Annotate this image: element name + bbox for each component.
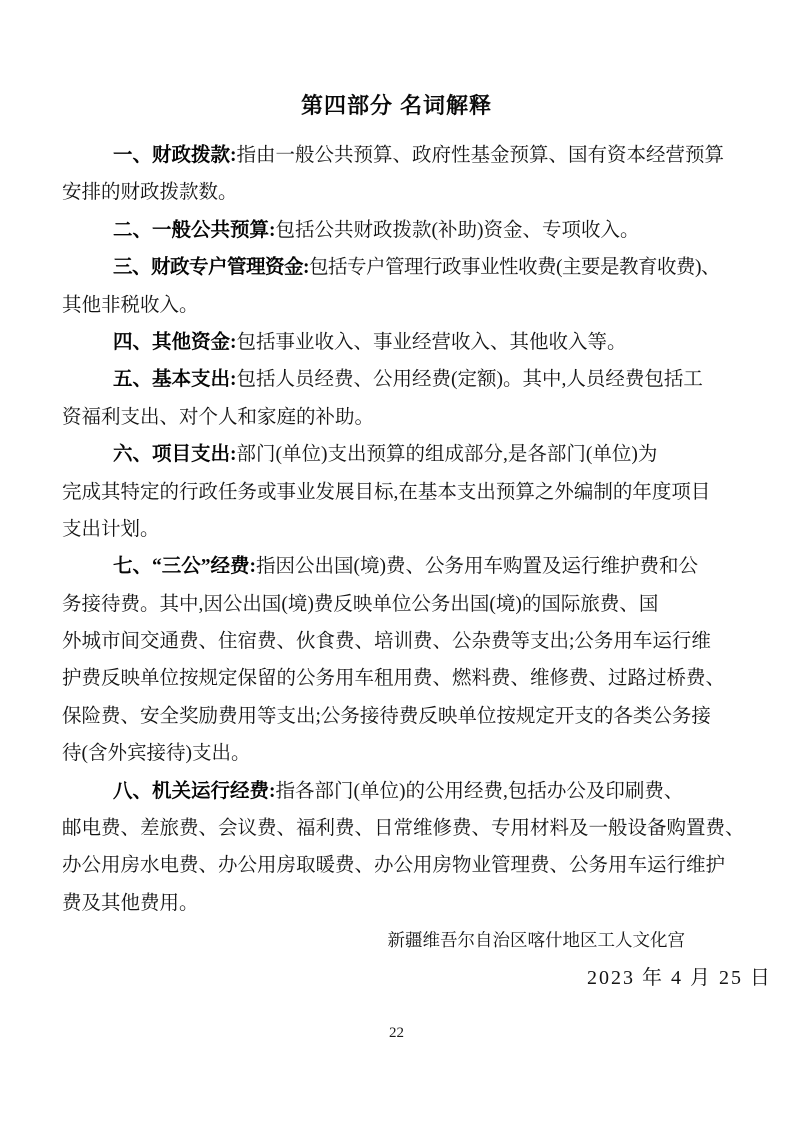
paragraph-text: 指由一般公共预算、政府性基金预算、国有资本经营预算 (237, 145, 725, 166)
paragraph-lead: 八、机关运行经费: (113, 781, 276, 802)
paragraph-lead: 二、一般公共预算: (113, 220, 276, 241)
page-number: 22 (0, 1025, 793, 1042)
paragraph-line: 资福利支出、对个人和家庭的补助。 (62, 399, 700, 436)
paragraph-text: 包括专户管理行政事业性收费(主要是教育收费)、 (309, 257, 720, 278)
paragraph-line: 六、项目支出:部门(单位)支出预算的组成部分,是各部门(单位)为 (62, 436, 700, 473)
paragraph-lead: 五、基本支出: (113, 369, 237, 390)
paragraph-line: 外城市间交通费、住宿费、伙食费、培训费、公杂费等支出;公务用车运行维 (62, 623, 700, 660)
paragraph-lead: 三、财政专户管理资金: (113, 257, 309, 278)
paragraph-lead: 一、财政拨款: (113, 145, 237, 166)
signature-line: 新疆维吾尔自治区喀什地区工人文化宫 (62, 922, 700, 959)
paragraph-line: 邮电费、差旅费、会议费、福利费、日常维修费、专用材料及一般设备购置费、 (62, 810, 700, 847)
paragraph-line: 护费反映单位按规定保留的公务用车租用费、燃料费、维修费、过路过桥费、 (62, 660, 700, 697)
paragraph-line: 务接待费。其中,因公出国(境)费反映单位公务出国(境)的国际旅费、国 (62, 586, 700, 623)
paragraph-line: 三、财政专户管理资金:包括专户管理行政事业性收费(主要是教育收费)、 (62, 249, 700, 286)
document-body: 一、财政拨款:指由一般公共预算、政府性基金预算、国有资本经营预算 安排的财政拨款… (62, 137, 700, 997)
paragraph-text: 指因公出国(境)费、公务用车购置及运行维护费和公 (256, 556, 698, 577)
paragraph-line: 待(含外宾接待)支出。 (62, 735, 700, 772)
paragraph-line: 其他非税收入。 (62, 287, 700, 324)
paragraph-line: 保险费、安全奖励费用等支出;公务接待费反映单位按规定开支的各类公务接 (62, 698, 700, 735)
paragraph-line: 安排的财政拨款数。 (62, 174, 700, 211)
paragraph-text: 部门(单位)支出预算的组成部分,是各部门(单位)为 (237, 444, 658, 465)
date-line: 2023 年 4 月 25 日 (62, 960, 772, 997)
paragraph-lead: 六、项目支出: (113, 444, 237, 465)
paragraph-text: 包括人员经费、公用经费(定额)。其中,人员经费包括工 (237, 369, 703, 390)
paragraph-line: 费及其他费用。 (62, 885, 700, 922)
document-page: 第四部分 名词解释 一、财政拨款:指由一般公共预算、政府性基金预算、国有资本经营… (0, 0, 793, 1122)
paragraph-line: 一、财政拨款:指由一般公共预算、政府性基金预算、国有资本经营预算 (62, 137, 700, 174)
paragraph-line: 四、其他资金:包括事业收入、事业经营收入、其他收入等。 (62, 324, 700, 361)
paragraph-lead: 四、其他资金: (113, 332, 237, 353)
paragraph-line: 八、机关运行经费:指各部门(单位)的公用经费,包括办公及印刷费、 (62, 773, 700, 810)
paragraph-text: 指各部门(单位)的公用经费,包括办公及印刷费、 (276, 781, 684, 802)
paragraph-line: 完成其特定的行政任务或事业发展目标,在基本支出预算之外编制的年度项目 (62, 474, 700, 511)
paragraph-lead: 七、“三公”经费: (113, 556, 256, 577)
paragraph-text: 包括事业收入、事业经营收入、其他收入等。 (237, 332, 627, 353)
paragraph-text: 包括公共财政拨款(补助)资金、专项收入。 (276, 220, 640, 241)
page-title: 第四部分 名词解释 (0, 88, 793, 124)
paragraph-line: 二、一般公共预算:包括公共财政拨款(补助)资金、专项收入。 (62, 212, 700, 249)
paragraph-line: 五、基本支出:包括人员经费、公用经费(定额)。其中,人员经费包括工 (62, 361, 700, 398)
paragraph-line: 七、“三公”经费:指因公出国(境)费、公务用车购置及运行维护费和公 (62, 548, 700, 585)
paragraph-line: 支出计划。 (62, 511, 700, 548)
paragraph-line: 办公用房水电费、办公用房取暖费、办公用房物业管理费、公务用车运行维护 (62, 847, 700, 884)
